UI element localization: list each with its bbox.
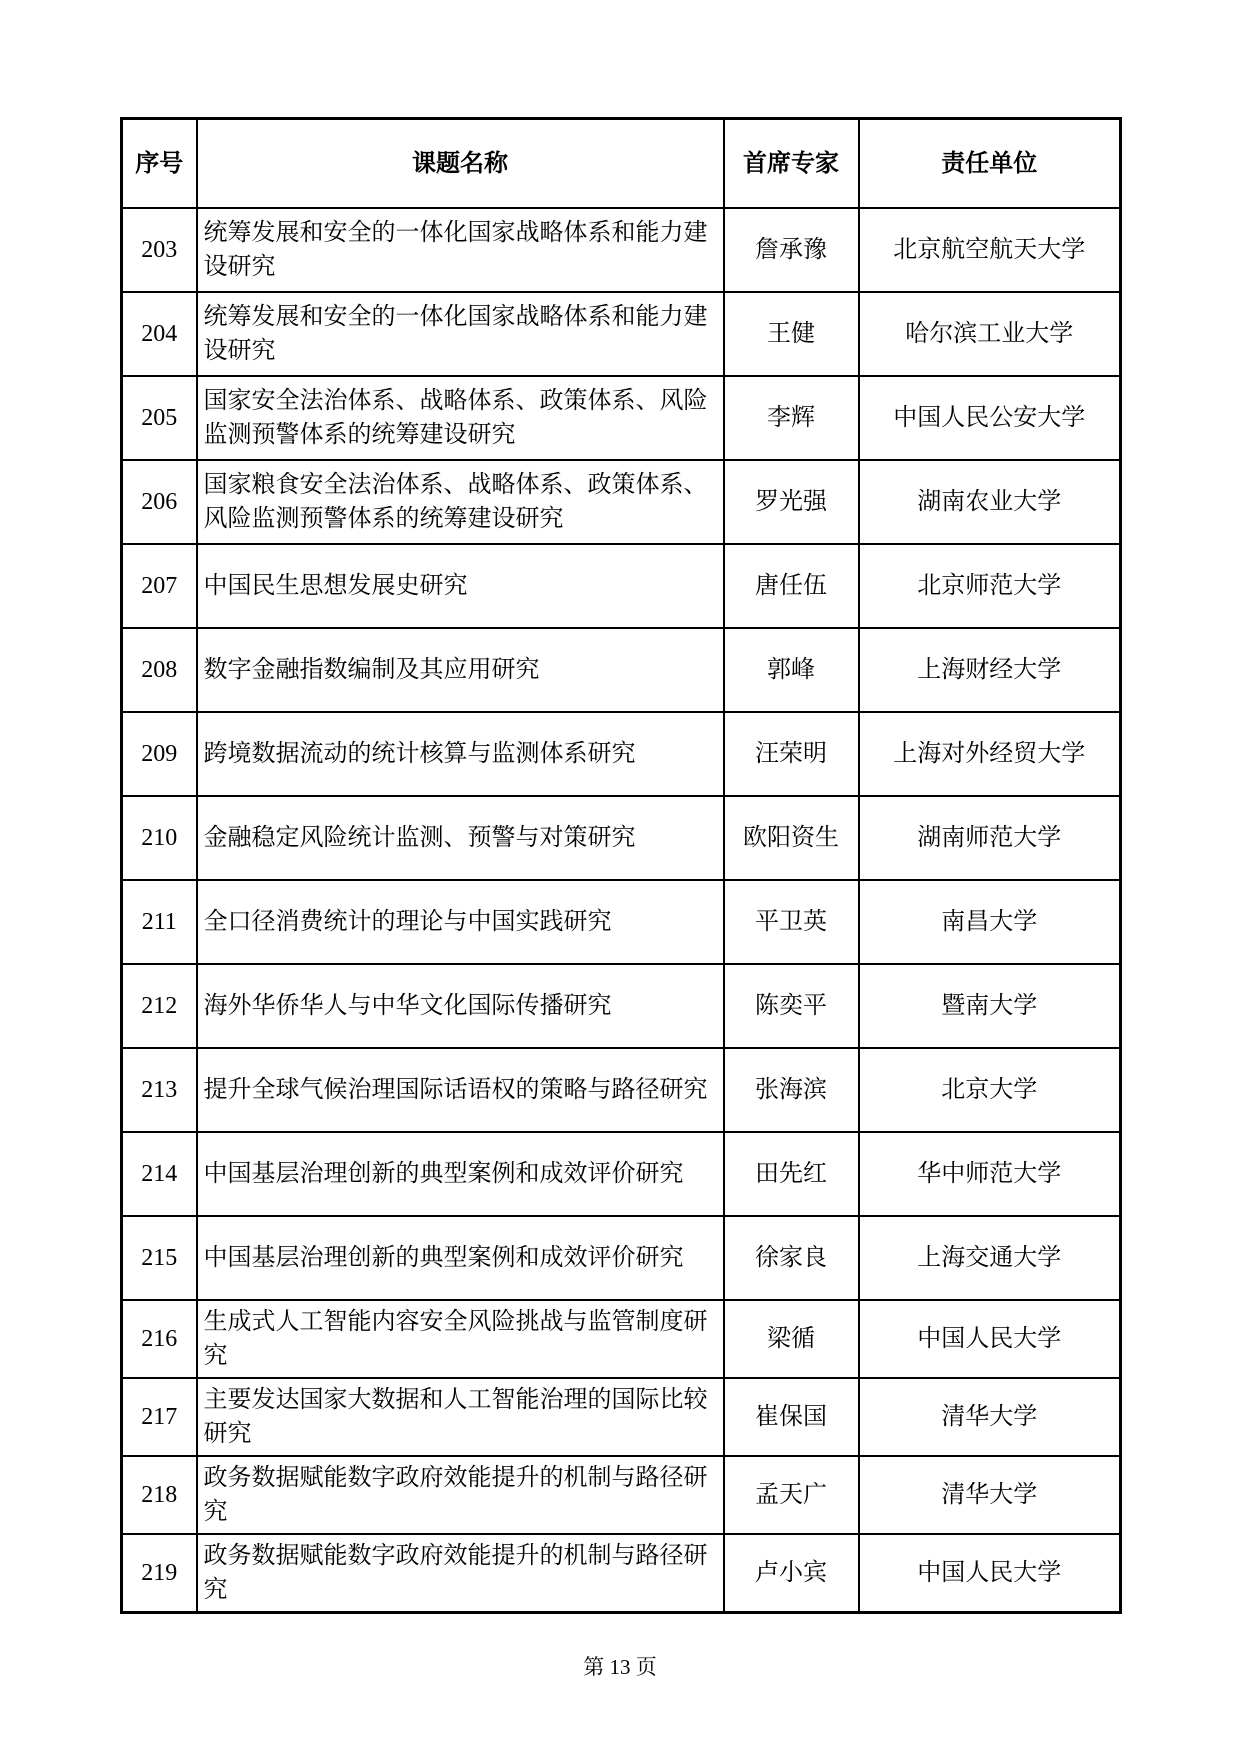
project-title: 中国民生思想发展史研究	[197, 544, 724, 628]
table-row: 219 政务数据赋能数字政府效能提升的机制与路径研究 卢小宾 中国人民大学	[122, 1534, 1121, 1613]
table-header-row: 序号 课题名称 首席专家 责任单位	[122, 119, 1121, 209]
project-title: 政务数据赋能数字政府效能提升的机制与路径研究	[197, 1456, 724, 1534]
chief-expert: 梁循	[724, 1300, 859, 1378]
table-row: 209 跨境数据流动的统计核算与监测体系研究 汪荣明 上海对外经贸大学	[122, 712, 1121, 796]
chief-expert: 张海滨	[724, 1048, 859, 1132]
project-table: 序号 课题名称 首席专家 责任单位 203 统筹发展和安全的一体化国家战略体系和…	[120, 117, 1122, 1614]
responsible-unit: 湖南师范大学	[859, 796, 1121, 880]
responsible-unit: 哈尔滨工业大学	[859, 292, 1121, 376]
project-title: 提升全球气候治理国际话语权的策略与路径研究	[197, 1048, 724, 1132]
project-title: 生成式人工智能内容安全风险挑战与监管制度研究	[197, 1300, 724, 1378]
project-title: 政务数据赋能数字政府效能提升的机制与路径研究	[197, 1534, 724, 1613]
row-number: 216	[122, 1300, 197, 1378]
responsible-unit: 中国人民大学	[859, 1534, 1121, 1613]
table-row: 213 提升全球气候治理国际话语权的策略与路径研究 张海滨 北京大学	[122, 1048, 1121, 1132]
project-title: 国家安全法治体系、战略体系、政策体系、风险监测预警体系的统筹建设研究	[197, 376, 724, 460]
column-header-chief-expert: 首席专家	[724, 119, 859, 209]
column-header-responsible-unit: 责任单位	[859, 119, 1121, 209]
row-number: 208	[122, 628, 197, 712]
project-title: 统筹发展和安全的一体化国家战略体系和能力建设研究	[197, 208, 724, 292]
project-title: 统筹发展和安全的一体化国家战略体系和能力建设研究	[197, 292, 724, 376]
project-title: 中国基层治理创新的典型案例和成效评价研究	[197, 1216, 724, 1300]
responsible-unit: 中国人民大学	[859, 1300, 1121, 1378]
row-number: 203	[122, 208, 197, 292]
responsible-unit: 北京大学	[859, 1048, 1121, 1132]
project-title: 跨境数据流动的统计核算与监测体系研究	[197, 712, 724, 796]
document-page: 序号 课题名称 首席专家 责任单位 203 统筹发展和安全的一体化国家战略体系和…	[0, 0, 1240, 1755]
row-number: 215	[122, 1216, 197, 1300]
chief-expert: 陈奕平	[724, 964, 859, 1048]
page-footer: 第 13 页	[0, 1652, 1240, 1682]
table-row: 218 政务数据赋能数字政府效能提升的机制与路径研究 孟天广 清华大学	[122, 1456, 1121, 1534]
table-row: 214 中国基层治理创新的典型案例和成效评价研究 田先红 华中师范大学	[122, 1132, 1121, 1216]
table-row: 204 统筹发展和安全的一体化国家战略体系和能力建设研究 王健 哈尔滨工业大学	[122, 292, 1121, 376]
project-title: 国家粮食安全法治体系、战略体系、政策体系、风险监测预警体系的统筹建设研究	[197, 460, 724, 544]
row-number: 213	[122, 1048, 197, 1132]
chief-expert: 詹承豫	[724, 208, 859, 292]
column-header-number: 序号	[122, 119, 197, 209]
responsible-unit: 北京航空航天大学	[859, 208, 1121, 292]
responsible-unit: 湖南农业大学	[859, 460, 1121, 544]
chief-expert: 徐家良	[724, 1216, 859, 1300]
row-number: 217	[122, 1378, 197, 1456]
project-title: 全口径消费统计的理论与中国实践研究	[197, 880, 724, 964]
row-number: 219	[122, 1534, 197, 1613]
row-number: 218	[122, 1456, 197, 1534]
project-title: 中国基层治理创新的典型案例和成效评价研究	[197, 1132, 724, 1216]
chief-expert: 卢小宾	[724, 1534, 859, 1613]
project-title: 主要发达国家大数据和人工智能治理的国际比较研究	[197, 1378, 724, 1456]
table-row: 206 国家粮食安全法治体系、战略体系、政策体系、风险监测预警体系的统筹建设研究…	[122, 460, 1121, 544]
row-number: 205	[122, 376, 197, 460]
project-title: 金融稳定风险统计监测、预警与对策研究	[197, 796, 724, 880]
chief-expert: 平卫英	[724, 880, 859, 964]
table-row: 203 统筹发展和安全的一体化国家战略体系和能力建设研究 詹承豫 北京航空航天大…	[122, 208, 1121, 292]
table-row: 215 中国基层治理创新的典型案例和成效评价研究 徐家良 上海交通大学	[122, 1216, 1121, 1300]
chief-expert: 孟天广	[724, 1456, 859, 1534]
project-title: 数字金融指数编制及其应用研究	[197, 628, 724, 712]
table-row: 211 全口径消费统计的理论与中国实践研究 平卫英 南昌大学	[122, 880, 1121, 964]
table-row: 217 主要发达国家大数据和人工智能治理的国际比较研究 崔保国 清华大学	[122, 1378, 1121, 1456]
row-number: 211	[122, 880, 197, 964]
row-number: 214	[122, 1132, 197, 1216]
responsible-unit: 北京师范大学	[859, 544, 1121, 628]
row-number: 206	[122, 460, 197, 544]
table-row: 210 金融稳定风险统计监测、预警与对策研究 欧阳资生 湖南师范大学	[122, 796, 1121, 880]
table-row: 212 海外华侨华人与中华文化国际传播研究 陈奕平 暨南大学	[122, 964, 1121, 1048]
responsible-unit: 上海财经大学	[859, 628, 1121, 712]
table-row: 205 国家安全法治体系、战略体系、政策体系、风险监测预警体系的统筹建设研究 李…	[122, 376, 1121, 460]
row-number: 210	[122, 796, 197, 880]
responsible-unit: 华中师范大学	[859, 1132, 1121, 1216]
chief-expert: 李辉	[724, 376, 859, 460]
responsible-unit: 上海对外经贸大学	[859, 712, 1121, 796]
responsible-unit: 中国人民公安大学	[859, 376, 1121, 460]
column-header-project-title: 课题名称	[197, 119, 724, 209]
responsible-unit: 南昌大学	[859, 880, 1121, 964]
row-number: 212	[122, 964, 197, 1048]
chief-expert: 欧阳资生	[724, 796, 859, 880]
chief-expert: 罗光强	[724, 460, 859, 544]
table-row: 216 生成式人工智能内容安全风险挑战与监管制度研究 梁循 中国人民大学	[122, 1300, 1121, 1378]
row-number: 209	[122, 712, 197, 796]
chief-expert: 崔保国	[724, 1378, 859, 1456]
responsible-unit: 上海交通大学	[859, 1216, 1121, 1300]
table-row: 207 中国民生思想发展史研究 唐任伍 北京师范大学	[122, 544, 1121, 628]
row-number: 207	[122, 544, 197, 628]
responsible-unit: 清华大学	[859, 1456, 1121, 1534]
project-title: 海外华侨华人与中华文化国际传播研究	[197, 964, 724, 1048]
table-row: 208 数字金融指数编制及其应用研究 郭峰 上海财经大学	[122, 628, 1121, 712]
chief-expert: 田先红	[724, 1132, 859, 1216]
chief-expert: 郭峰	[724, 628, 859, 712]
responsible-unit: 暨南大学	[859, 964, 1121, 1048]
row-number: 204	[122, 292, 197, 376]
chief-expert: 唐任伍	[724, 544, 859, 628]
chief-expert: 王健	[724, 292, 859, 376]
chief-expert: 汪荣明	[724, 712, 859, 796]
responsible-unit: 清华大学	[859, 1378, 1121, 1456]
